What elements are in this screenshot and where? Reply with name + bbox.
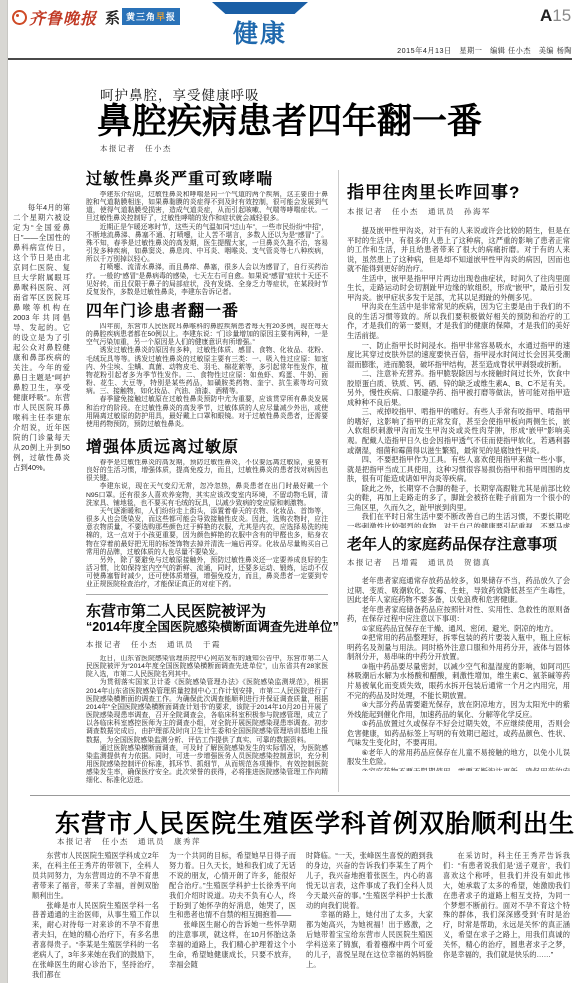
article2-title-line2: “2014年度全国医院感染横断面调查先进单位” (86, 617, 339, 635)
article5-column-1: 东营市人民医院生殖医学科成立2年来，在科主任王秀芹的带领下，全科人员共同努力，为… (32, 851, 159, 982)
paragraph: ④大部分药品需要避光保存，放在阴凉地方，因为太阳光中的紫外线能起到催化作用，加速… (347, 700, 570, 719)
paragraph: 老年患者家庭储备药品应按照针对性、实用性、急救性的原则备药，在保存过程中应注意以… (347, 605, 570, 624)
article2-byline: 本报记者 任小杰 通讯员 于霞 (86, 639, 221, 650)
paragraph: 打喷嚏、流清水鼻涕，而且鼻痒、鼻塞，很多人会以为感冒了，自行买药治疗。一般的“感… (86, 264, 328, 296)
article3-body: 提及嵌甲性甲沟炎，对于有的人来说或许会比较的陌生，但是在平时的生活中，有很多的人… (347, 226, 570, 528)
article3-byline: 本报记者 任小杰 通讯员 孙海军 (347, 206, 491, 217)
section-banner-shape (212, 2, 308, 14)
left-column-divider (86, 594, 328, 595)
paragraph: 甲沟炎在生活中是非常常见的疾病，因为它主要是由于我们的不良的生活习惯等致的。所以… (347, 302, 570, 340)
sidebar-note-text: 每年4月的第二个星期六被设定为“全国爱鼻日”——全国性的鼻科病宣传日，这个节日是… (13, 203, 70, 473)
section-3-title: 增强体质远离过敏原 (86, 434, 239, 457)
paragraph: 李建东介绍说，过敏性鼻炎和哮喘是同一个气道的两个疾病，这主要由于鼻腔和气道黏膜相… (86, 191, 328, 224)
paragraph: 春季是过敏性鼻炎的高发期，预防过敏性鼻炎，不仅要远离过敏原，更要有良好的生活习惯… (86, 459, 328, 483)
page-edge-line (7, 0, 8, 983)
sub-brand-badge: 黄三角早报 (122, 8, 180, 25)
paragraph: 我们在平时日常生活中要不断改善自己的生活习惯，不要长期吃一些刺激性比较强烈的食物… (347, 512, 570, 528)
newspaper-emblem-icon (12, 10, 27, 25)
article5-columns: 东营市人民医院生殖医学科成立2年来，在科主任王秀芹的带领下，全科人员共同努力，为… (32, 851, 570, 982)
section-1-title: 过敏性鼻炎严重可致哮喘 (86, 166, 273, 189)
paragraph: 诱发过敏性鼻炎的原因有多种，过敏性体质、感冒、食物、化妆品、花粉、毛绒玩具等等。… (86, 347, 328, 396)
paragraph: ②把常用的药品整理好，拆零包装的药片要装入瓶中，瓶上应标明药名及剂量与用法。同时… (347, 633, 570, 662)
section-1-body: 李建东介绍说，过敏性鼻炎和哮喘是同一个气道的两个疾病，这主要由于鼻腔和气道黏膜相… (86, 191, 328, 296)
paragraph: 为贯彻落实国家卫计委《医院感染管理办法》《医院感染监测规范》，根据2014年山东… (86, 679, 328, 744)
paragraph: ⑤药品放置过久或保存不好会过期失效，不应继续使用，否则会危害健康，如药品标签上写… (347, 719, 570, 748)
badge-highlight-char: 早 (156, 12, 166, 22)
paragraph: 四、不要把指甲作为工具。有些人喜欢使用指甲来做一些小事，就是把指甲当成工具使用，… (347, 455, 570, 484)
paragraph: 在采访时，科主任王秀芹告诉我们：“有患者说我们是‘送子观音’，我们喜欢这个称呼，… (443, 851, 570, 960)
paragraph: 春季避免接触过敏原在过敏性鼻炎预防中尤为重要，应该贯穿所有鼻炎发展和治疗的阶段。… (86, 396, 328, 429)
paragraph: 一、防止指甲长时间浸水。指甲非常容易吸水，水通过指甲的速度比其穿过皮肤外层的速度… (347, 341, 570, 370)
sidebar-note: 每年4月的第二个星期六被设定为“全国爱鼻日”——全国性的鼻科病宣传日，这个节日是… (13, 203, 70, 503)
article5-headline: 东营市人民医院生殖医学科首例双胎顺利出生 (55, 804, 575, 840)
lead-headline: 鼻腔疾病患者四年翻一番 (97, 94, 482, 144)
section-3-body: 春季是过敏性鼻炎的高发期，预防过敏性鼻炎，不仅要远离过敏原，更要有良好的生活习惯… (86, 459, 328, 589)
paragraph: 张峰是市人民医院生殖医学科一名普普通通的主治医师，从事生殖工作以来，耐心对待每一… (32, 901, 159, 980)
paragraph: 四年前，东营市人民医院耳鼻喉科的鼻腔疾病患者每天有20多例，现在每天的鼻腔疾病患… (86, 323, 328, 347)
column-divider (338, 170, 339, 792)
article5-column-2: 为一个共同的目标，希望她早日得子而努力着。日久天长，她和我们成了无话不说的朋友，… (169, 851, 296, 982)
newspaper-page: 齐鲁晚报 系 黄三角早报 健康 A15 2015年4月13日 星期一 编辑 任小… (0, 0, 580, 983)
paragraph: 老年患者家庭通常存放药品较多，如果储存不当，药品放久了会过期、变质、吸潮软化、发… (347, 576, 570, 605)
paragraph: 提及嵌甲性甲沟炎，对于有的人来说或许会比较的陌生，但是在平时的生活中，有很多的人… (347, 226, 570, 274)
paragraph: 天气逐渐暖和，人们纷纷走上街头，添置着春天的衣物、化妆品、首饰等，很多人也会烫染… (86, 508, 328, 557)
page-num: 15 (552, 6, 571, 25)
dateline: 2015年4月13日 星期一 编辑 任小杰 美编 杨陶 (0, 46, 572, 56)
section-2-body: 四年前，东营市人民医院耳鼻喉科的鼻腔疾病患者每天有20多例，现在每天的鼻腔疾病患… (86, 323, 328, 433)
page-edge-strip (0, 0, 7, 983)
article2-body: 近日，山东省医院感染管理质控中心网站发布的通知公告中，东营市第二人民医院被评为“… (86, 655, 328, 788)
paragraph: 通过医院感染横断面调查，可及时了解医院感染发生的实际情况，为医院感染监测提供有力… (86, 745, 328, 786)
paragraph: 生活中，嵌甲是指甲甲片两边出现卷曲症状，时间久了往肉里面生长，走路运动时会切割趾… (347, 274, 570, 303)
paragraph: ①家庭药品宜保存在干燥、通风、密闭、避光、阴凉的地方。 (347, 624, 570, 634)
paragraph: 为一个共同的目标，希望她早日得子而努力着。日久天长，她和我们成了无话不说的朋友，… (169, 851, 296, 920)
page-letter: A (540, 6, 552, 25)
paragraph: ⑥老年人的常用药品应保存在儿童不易接触的地方，以免小儿误服发生危险。 (347, 748, 570, 767)
badge-text-end: 报 (166, 12, 176, 22)
bottom-divider (30, 795, 570, 796)
paragraph: 另外，除了要避免与过敏原接触外，预防过敏性鼻炎还一定要养成良好的生活习惯，比如保… (86, 557, 328, 589)
paragraph: 幸福的路上，她付出了太多，大家都为她高兴，为她祝福！出于感激，之后她带着宝宝给东… (306, 910, 433, 969)
article3-title: 指甲往肉里长咋回事? (347, 178, 520, 203)
page-number: A15 (540, 6, 571, 26)
section-title: 健康 (212, 14, 308, 50)
paragraph: ⑦家庭药物不要无限期使用，需要不断淘汰更新，确保用药的安全、有效、经济、合理。 (347, 767, 570, 771)
paragraph: 除此之外，长期穿不合脚的鞋子，长期穿高跟鞋尤其是前部比较尖的鞋，再加上走路走的多… (347, 484, 570, 513)
lead-byline: 本报记者 任小杰 (100, 143, 172, 154)
paragraph: 二、注意补充营养。指甲脆裂除因与水接触时间过长外，饮食中胶原蛋白质、铁质、钙、硒… (347, 369, 570, 407)
paragraph: ③瓶中药品要尽量密封，以减少空气和温湿度的影响，如阿司匹林吸潮后水解为水杨酸和醋… (347, 662, 570, 700)
newspaper-logo-suffix: 系 (105, 7, 120, 28)
paragraph: 近日，山东省医院感染管理质控中心网站发布的通知公告中，东营市第二人民医院被评为“… (86, 655, 328, 679)
article4-body: 老年患者家庭通常存放药品较多，如果储存不当，药品放久了会过期、变质、吸潮软化、发… (347, 576, 570, 771)
paragraph: 近期正是乍暖还寒时节，这些天的气温如同“过山车”，一些市民纷纷“中招”，不断地流… (86, 224, 328, 265)
article5-column-4: 在采访时，科主任王秀芹告诉我们：“有患者说我们是‘送子观音’，我们喜欢这个称呼，… (443, 851, 570, 982)
article5-column-3: 时降临。“一天，张峰医生喜悦的跑到我的身边，兴奋的告诉我们李某生了两个儿子，我兴… (306, 851, 433, 982)
paragraph: 张峰医生耐心的告诉她一些怀孕期的注意事项，就这样，在10月怀胎这条幸福的道路上，… (169, 920, 296, 970)
badge-text: 黄三角 (126, 12, 156, 22)
article5-byline: 本报记者 任小杰 通讯员 康秀萍 (57, 836, 201, 847)
paragraph: 时降临。“一天，张峰医生喜悦的跑到我的身边，兴奋的告诉我们李某生了两个儿子，我兴… (306, 851, 433, 910)
article4-byline: 本报记者 吕增霞 通讯员 贺德真 (347, 557, 491, 568)
paragraph: 东营市人民医院生殖医学科成立2年来，在科主任王秀芹的带领下，全科人员共同努力，为… (32, 851, 159, 901)
paragraph: 三、戒掉咬指甲、啃指甲的嗜好。有些人手常有咬指甲、啃指甲的嗜好，这影响了指甲的正… (347, 407, 570, 455)
paragraph: 李建东说，现在天气变幻无常，忽冷忽热，鼻炎患者在出门时最好戴一个N95口罩。还有… (86, 483, 328, 507)
section-2-title: 四年门诊患者翻一番 (86, 298, 239, 321)
article4-title: 老年人的家庭药品保存注意事项 (347, 533, 557, 554)
newspaper-logo: 齐鲁晚报 (29, 6, 97, 29)
header-rule (8, 58, 572, 60)
